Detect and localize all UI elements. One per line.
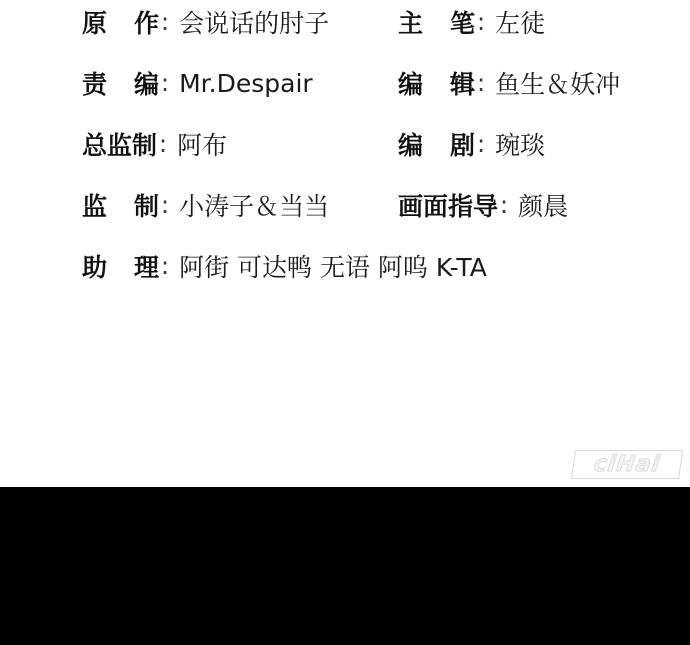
label-char: 编 bbox=[398, 126, 423, 162]
credit-value: 颜晨 bbox=[518, 187, 568, 223]
credit-chief-producer: 总监制 : 阿布 bbox=[82, 124, 227, 164]
credit-value: 阿街 可达鸭 无语 阿呜 K-TA bbox=[179, 248, 487, 284]
credit-screenwriter: 编 剧 : 琬琰 bbox=[398, 124, 545, 164]
credit-responsible-editor: 责 编 : Mr.Despair bbox=[82, 63, 313, 103]
label-char: 笔 bbox=[450, 4, 475, 40]
label-char: 总监制 bbox=[82, 126, 157, 162]
credit-editor: 编 辑 : 鱼生＆妖冲 bbox=[398, 63, 620, 103]
credit-value: 小涛子＆当当 bbox=[179, 187, 329, 223]
colon: : bbox=[500, 191, 508, 219]
credit-label: 编 剧 bbox=[398, 126, 475, 162]
label-char: 监 bbox=[82, 187, 107, 223]
colon: : bbox=[477, 8, 485, 36]
credits-page: 原 作 : 会说话的肘子 责 编 : Mr.Despair 总监制 : 阿布 监… bbox=[0, 0, 690, 487]
credit-label: 画面指导 bbox=[398, 187, 498, 223]
label-char: 编 bbox=[398, 65, 423, 101]
label-char: 辑 bbox=[450, 65, 475, 101]
credit-lead-artist: 主 笔 : 左徒 bbox=[398, 2, 545, 42]
credit-value: 左徒 bbox=[495, 4, 545, 40]
colon: : bbox=[161, 8, 169, 36]
label-char: 编 bbox=[134, 65, 159, 101]
watermark-text: ciHai bbox=[592, 452, 662, 477]
colon: : bbox=[161, 252, 169, 280]
credit-art-director: 画面指导 : 颜晨 bbox=[398, 185, 568, 225]
label-char: 作 bbox=[134, 4, 159, 40]
label-char: 剧 bbox=[450, 126, 475, 162]
credit-label: 总监制 bbox=[82, 126, 157, 162]
publisher-logo-icon: ciHai bbox=[571, 450, 683, 479]
credit-label: 监 制 bbox=[82, 187, 159, 223]
label-char: 理 bbox=[134, 248, 159, 284]
colon: : bbox=[477, 69, 485, 97]
label-char: 责 bbox=[82, 65, 107, 101]
credit-label: 原 作 bbox=[82, 4, 159, 40]
credit-producer: 监 制 : 小涛子＆当当 bbox=[82, 185, 329, 225]
credit-value: 会说话的肘子 bbox=[179, 4, 329, 40]
black-band bbox=[0, 487, 690, 645]
credit-value: 阿布 bbox=[177, 126, 227, 162]
label-char: 原 bbox=[82, 4, 107, 40]
colon: : bbox=[159, 130, 167, 158]
colon: : bbox=[161, 191, 169, 219]
label-char: 画面指导 bbox=[398, 187, 498, 223]
credit-label: 责 编 bbox=[82, 65, 159, 101]
credit-label: 主 笔 bbox=[398, 4, 475, 40]
credit-label: 助 理 bbox=[82, 248, 159, 284]
credit-value: 琬琰 bbox=[495, 126, 545, 162]
credit-value: Mr.Despair bbox=[179, 69, 313, 98]
label-char: 制 bbox=[134, 187, 159, 223]
colon: : bbox=[477, 130, 485, 158]
colon: : bbox=[161, 69, 169, 97]
credit-original-author: 原 作 : 会说话的肘子 bbox=[82, 2, 329, 42]
credit-value: 鱼生＆妖冲 bbox=[495, 65, 620, 101]
credit-assistants: 助 理 : 阿街 可达鸭 无语 阿呜 K-TA bbox=[82, 246, 487, 286]
credit-label: 编 辑 bbox=[398, 65, 475, 101]
label-char: 助 bbox=[82, 248, 107, 284]
label-char: 主 bbox=[398, 4, 423, 40]
